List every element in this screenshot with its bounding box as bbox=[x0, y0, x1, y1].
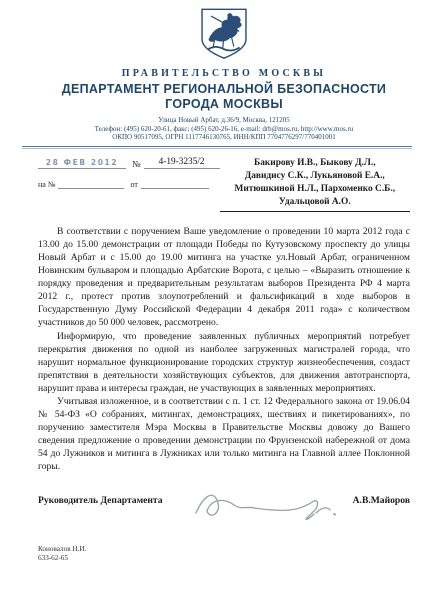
addressee-line: Удальцовой А.О. bbox=[220, 196, 410, 209]
signer-position: Руководитель Департамента bbox=[38, 491, 163, 506]
postal-address: Улица Новый Арбат, д.36/9, Москва, 12120… bbox=[38, 116, 410, 125]
number-sign-label: № bbox=[132, 159, 141, 169]
executor-name: Коновалов Н.И. bbox=[38, 545, 86, 554]
addressees-block: Бакирову И.В., Быкову Д.Л., Давидису С.К… bbox=[220, 157, 410, 212]
letterhead-contacts: Улица Новый Арбат, д.36/9, Москва, 12120… bbox=[38, 116, 410, 142]
government-title: ПРАВИТЕЛЬСТВО МОСКВЫ bbox=[38, 68, 410, 79]
letter-body: В соответствии с поручением Ваше уведомл… bbox=[38, 225, 410, 474]
requisites-row: 28 ФЕВ 2012 № 4-19-3235/2 на № от Бакиро… bbox=[38, 157, 410, 212]
incoming-date-stamp: 28 ФЕВ 2012 bbox=[46, 158, 118, 167]
handwritten-signature bbox=[188, 483, 338, 534]
reply-number-blank-line bbox=[58, 180, 124, 189]
body-paragraph-2: Информирую, что проведение заявленных пу… bbox=[38, 330, 410, 395]
phone-fax-email: Телефон: (495) 620-20-61, факс: (495) 62… bbox=[38, 125, 410, 134]
department-title-line2: ГОРОДА МОСКВЫ bbox=[38, 97, 410, 112]
from-date-label: от bbox=[130, 180, 137, 189]
body-paragraph-3: Учитывая изложенное, и в соответствии с … bbox=[38, 395, 410, 474]
outgoing-number: 4-19-3235/2 bbox=[144, 157, 220, 169]
letterhead: ПРАВИТЕЛЬСТВО МОСКВЫ ДЕПАРТАМЕНТ РЕГИОНА… bbox=[38, 8, 410, 149]
signer-name: А.В.Майоров bbox=[353, 491, 410, 506]
header-divider bbox=[22, 146, 412, 149]
scanned-letter-page: ПРАВИТЕЛЬСТВО МОСКВЫ ДЕПАРТАМЕНТ РЕГИОНА… bbox=[0, 0, 432, 604]
registration-codes: ОКПО 90517095, ОГРН 1117746130765, ИНН/К… bbox=[38, 133, 410, 142]
executor-phone: 633-62-65 bbox=[38, 554, 86, 563]
addressee-line: Давидису С.К., Лукьяновой Е.А., bbox=[220, 170, 410, 183]
addressee-line: Митюшкиной Н.Л., Пархоменко С.Б., bbox=[220, 183, 410, 196]
department-title: ДЕПАРТАМЕНТ РЕГИОНАЛЬНОЙ БЕЗОПАСНОСТИ ГО… bbox=[38, 82, 410, 112]
reply-to-number-label: на № bbox=[38, 180, 55, 189]
from-date-blank-line bbox=[141, 180, 209, 189]
executor-block: Коновалов Н.И. 633-62-65 bbox=[38, 545, 86, 563]
body-paragraph-1: В соответствии с поручением Ваше уведомл… bbox=[38, 225, 410, 330]
moscow-coat-of-arms-icon bbox=[196, 8, 252, 65]
document-number-block: 28 ФЕВ 2012 № 4-19-3235/2 на № от bbox=[38, 157, 220, 212]
addressee-line: Бакирову И.В., Быкову Д.Л., bbox=[220, 157, 410, 170]
department-title-line1: ДЕПАРТАМЕНТ РЕГИОНАЛЬНОЙ БЕЗОПАСНОСТИ bbox=[38, 82, 410, 97]
date-stamp-line: 28 ФЕВ 2012 bbox=[38, 158, 126, 169]
signature-block: Руководитель Департамента А.В.Майоров bbox=[38, 491, 410, 533]
